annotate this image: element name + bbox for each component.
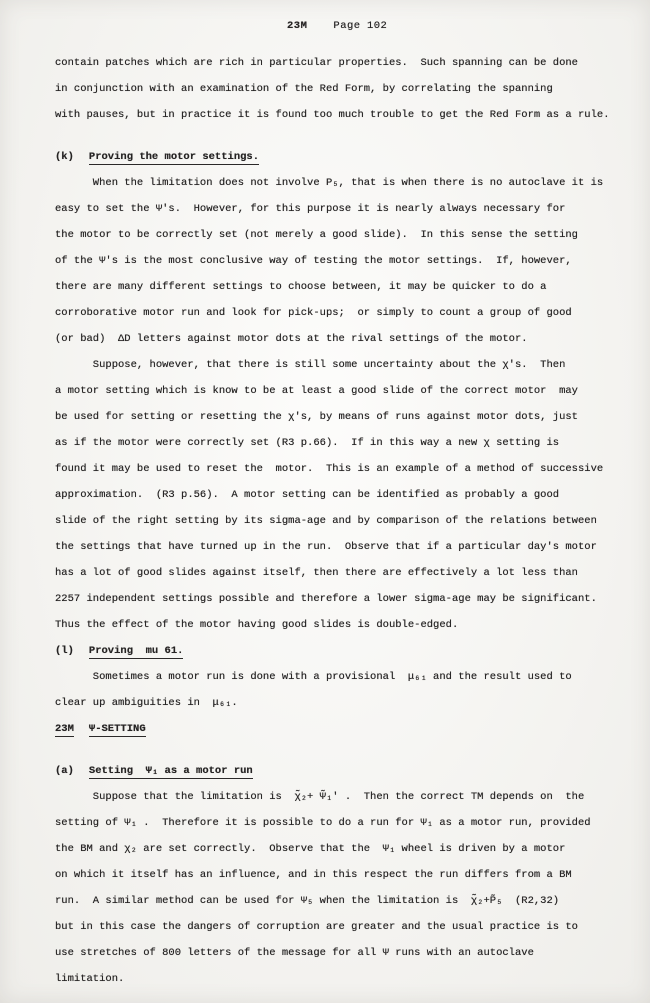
section-heading: (k)Proving the motor settings. xyxy=(55,144,625,170)
text-line: the BM and χ₂ are set correctly. Observe… xyxy=(55,836,625,862)
heading-title: Proving mu 61. xyxy=(89,645,184,659)
text-line: Suppose that the limitation is χ̃₂+ Ψ̃₁′… xyxy=(55,784,625,810)
heading-label: (k) xyxy=(55,151,74,163)
text-line: (or bad) ΔD letters against motor dots a… xyxy=(55,326,625,352)
text-line: of the Ψ's is the most conclusive way of… xyxy=(55,248,625,274)
page-header: 23MPage 102 xyxy=(0,0,650,46)
text-line: Thus the effect of the motor having good… xyxy=(55,612,625,638)
text-line: approximation. (R3 p.56). A motor settin… xyxy=(55,482,625,508)
text-line: in conjunction with an examination of th… xyxy=(55,76,625,102)
text-line: the motor to be correctly set (not merel… xyxy=(55,222,625,248)
section-heading: (a)Setting Ψ₁ as a motor run xyxy=(55,758,625,784)
section-heading: 23MΨ-SETTING xyxy=(55,716,625,742)
text-line: setting of Ψ₁ . Therefore it is possible… xyxy=(55,810,625,836)
heading-label: (l) xyxy=(55,645,74,657)
document-content: contain patches which are rich in partic… xyxy=(55,50,625,992)
page-header-page-label: Page xyxy=(333,20,360,32)
document-page: 23MPage 102 contain patches which are ri… xyxy=(0,0,650,1003)
text-line: with pauses, but in practice it is found… xyxy=(55,102,625,128)
text-line: 2257 independent settings possible and t… xyxy=(55,586,625,612)
text-line: the settings that have turned up in the … xyxy=(55,534,625,560)
text-line: Suppose, however, that there is still so… xyxy=(55,352,625,378)
text-line: clear up ambiguities in μ₆₁. xyxy=(55,690,625,716)
text-line: there are many different settings to cho… xyxy=(55,274,625,300)
text-line: Sometimes a motor run is done with a pro… xyxy=(55,664,625,690)
heading-label: (a) xyxy=(55,765,74,777)
text-line: corroborative motor run and look for pic… xyxy=(55,300,625,326)
text-line: on which it itself has an influence, and… xyxy=(55,862,625,888)
text-line: easy to set the Ψ's. However, for this p… xyxy=(55,196,625,222)
text-line: found it may be used to reset the motor.… xyxy=(55,456,625,482)
text-line: When the limitation does not involve P₅,… xyxy=(55,170,625,196)
heading-title: Proving the motor settings. xyxy=(89,151,259,165)
text-line: slide of the right setting by its sigma-… xyxy=(55,508,625,534)
text-line: but in this case the dangers of corrupti… xyxy=(55,914,625,940)
heading-title: Setting Ψ₁ as a motor run xyxy=(89,765,253,779)
text-line: contain patches which are rich in partic… xyxy=(55,50,625,76)
text-line: a motor setting which is know to be at l… xyxy=(55,378,625,404)
text-line: use stretches of 800 letters of the mess… xyxy=(55,940,625,966)
text-line: limitation. xyxy=(55,966,625,992)
text-line: has a lot of good slides against itself,… xyxy=(55,560,625,586)
page-header-section: 23M xyxy=(287,20,307,32)
section-heading: (l)Proving mu 61. xyxy=(55,638,625,664)
page-header-page-number: 102 xyxy=(367,20,387,32)
text-line: be used for setting or resetting the χ's… xyxy=(55,404,625,430)
text-line: run. A similar method can be used for Ψ₅… xyxy=(55,888,625,914)
heading-title: Ψ-SETTING xyxy=(89,723,146,737)
heading-label: 23M xyxy=(55,723,74,737)
text-line: as if the motor were correctly set (R3 p… xyxy=(55,430,625,456)
